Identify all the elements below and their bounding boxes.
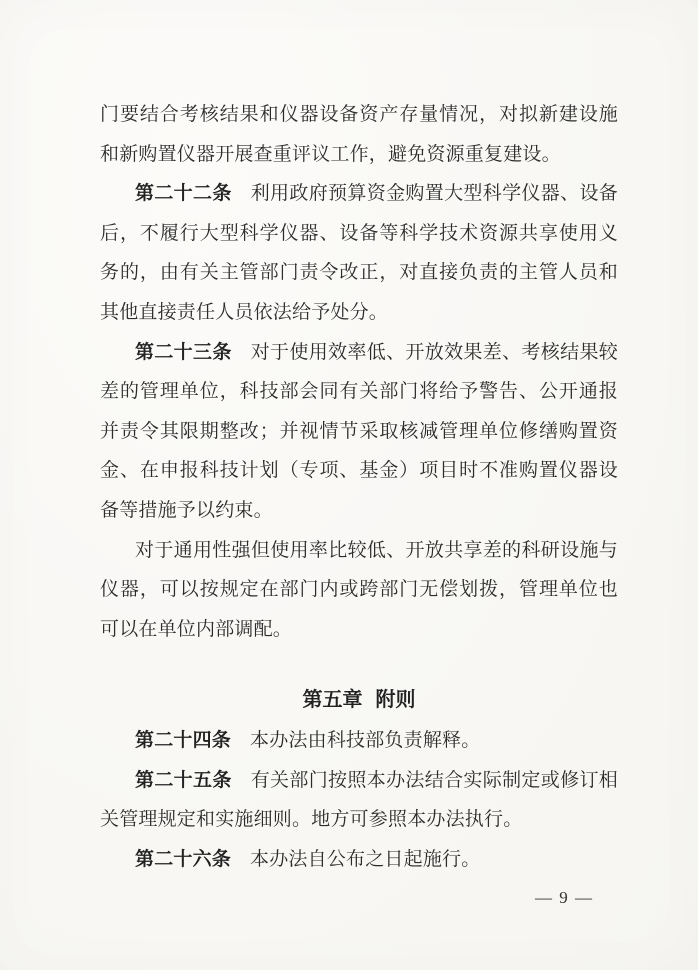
- chapter-number: 第五章: [303, 689, 363, 711]
- paragraph-article-25: 第二十五条有关部门按照本办法结合实际制定或修订相关管理规定和实施细则。地方可参照…: [100, 761, 618, 840]
- article-25-number: 第二十五条: [135, 770, 232, 791]
- article-26-number: 第二十六条: [135, 849, 231, 870]
- article-24-number: 第二十四条: [135, 730, 231, 751]
- chapter-title: 附则: [376, 689, 416, 711]
- scanned-document-page: 门要结合考核结果和仪器设备资产存量情况，对拟新建设施和新购置仪器开展查重评议工作…: [0, 0, 698, 970]
- paragraph-continuation: 门要结合考核结果和仪器设备资产存量情况，对拟新建设施和新购置仪器开展查重评议工作…: [100, 95, 618, 174]
- article-23-number: 第二十三条: [135, 342, 232, 363]
- paragraph-article-22: 第二十二条利用政府预算资金购置大型科学仪器、设备后，不履行大型科学仪器、设备等科…: [100, 174, 618, 332]
- article-24-text: 本办法由科技部负责解释。: [250, 730, 480, 751]
- paragraph-reallocation: 对于通用性强但使用率比较低、开放共享差的科研设施与仪器，可以按规定在部门内或跨部…: [100, 531, 618, 650]
- paragraph-article-24: 第二十四条本办法由科技部负责解释。: [100, 721, 618, 761]
- paragraph-article-23: 第二十三条对于使用效率低、开放效果差、考核结果较差的管理单位，科技部会同有关部门…: [100, 333, 618, 531]
- article-22-number: 第二十二条: [135, 183, 232, 204]
- paragraph-article-26: 第二十六条本办法自公布之日起施行。: [100, 840, 618, 880]
- document-body: 门要结合考核结果和仪器设备资产存量情况，对拟新建设施和新购置仪器开展查重评议工作…: [100, 95, 618, 879]
- article-22-text: 利用政府预算资金购置大型科学仪器、设备后，不履行大型科学仪器、设备等科学技术资源…: [100, 183, 618, 323]
- article-26-text: 本办法自公布之日起施行。: [250, 849, 480, 870]
- page-number: — 9 —: [535, 888, 594, 908]
- article-23-text: 对于使用效率低、开放效果差、考核结果较差的管理单位，科技部会同有关部门将给予警告…: [100, 342, 618, 521]
- chapter-5-heading: 第五章附则: [100, 681, 618, 721]
